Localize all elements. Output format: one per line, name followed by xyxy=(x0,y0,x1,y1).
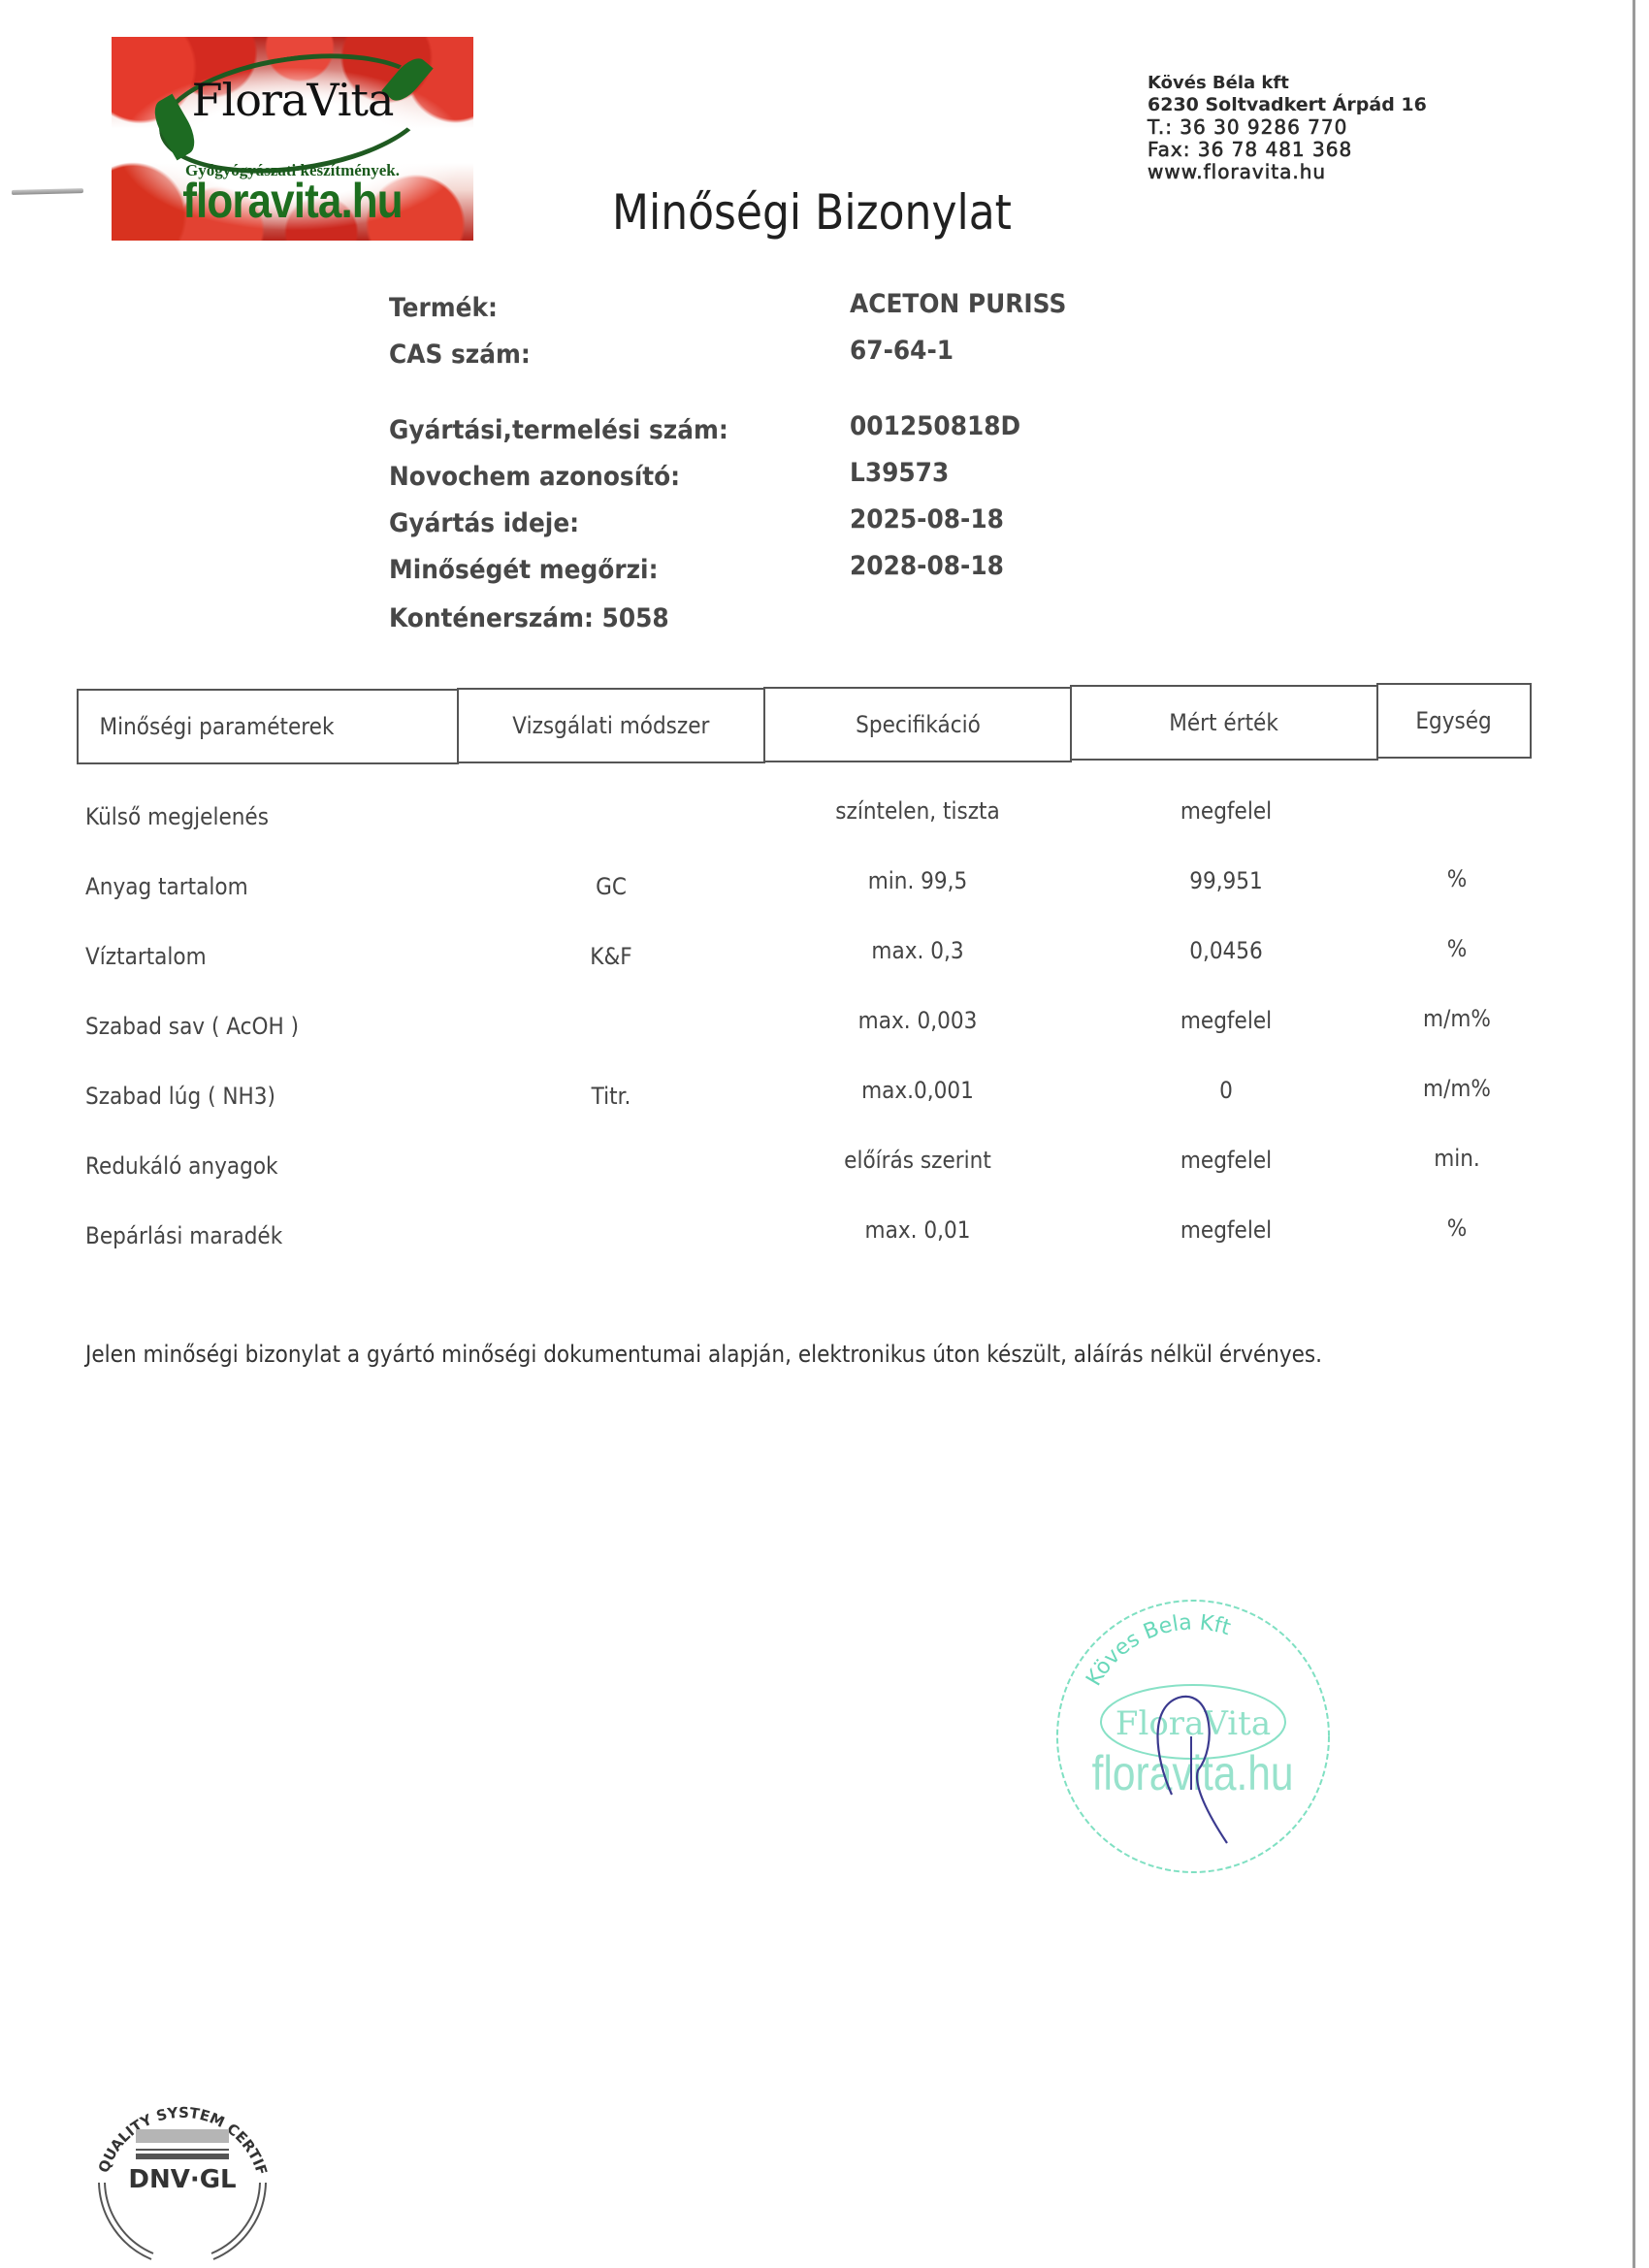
cell-specification: max. 0,3 xyxy=(871,937,963,964)
cell-unit: % xyxy=(1447,935,1468,962)
cell-unit: m/m% xyxy=(1423,1005,1491,1032)
header-unit: Egység xyxy=(1376,683,1532,759)
header-parameter: Minőségi paraméterek xyxy=(77,689,459,764)
cell-parameter: Bepárlási maradék xyxy=(85,1222,282,1249)
svg-text:DNV·GL: DNV·GL xyxy=(128,2165,236,2194)
validity-statement: Jelen minőségi bizonylat a gyártó minősé… xyxy=(85,1341,1322,1368)
cell-measured-value: megfelel xyxy=(1180,1147,1272,1174)
cell-unit: min. xyxy=(1434,1145,1480,1172)
info-label: Minőségét megőrzi: xyxy=(389,555,659,585)
company-website: www.floravita.hu xyxy=(1148,161,1427,183)
header-method: Vizsgálati módszer xyxy=(457,688,765,763)
cell-parameter: Anyag tartalom xyxy=(85,873,248,900)
cell-method: Titr. xyxy=(592,1083,631,1110)
cell-specification: előírás szerint xyxy=(844,1147,991,1174)
info-label: Gyártási,termelési szám: xyxy=(389,415,728,445)
cell-specification: max.0,001 xyxy=(861,1077,974,1104)
cell-measured-value: megfelel xyxy=(1180,797,1272,825)
info-value: L39573 xyxy=(850,458,949,488)
cell-unit: % xyxy=(1447,865,1468,892)
cell-measured-value: megfelel xyxy=(1180,1216,1272,1244)
company-stamp: Köves Bela Kft FloraVita floravita.hu xyxy=(1048,1591,1339,1882)
info-label: Termék: xyxy=(389,293,498,323)
company-contact: Kövés Béla kft 6230 Soltvadkert Árpád 16… xyxy=(1148,72,1427,183)
floravita-logo: FloraVita Gyógyógyászati készítmények. f… xyxy=(112,37,473,241)
cell-specification: max. 0,01 xyxy=(865,1216,971,1244)
cell-measured-value: 99,951 xyxy=(1189,867,1263,894)
scan-edge-line xyxy=(1633,0,1635,2268)
info-value: 2025-08-18 xyxy=(850,504,1004,535)
cell-method: K&F xyxy=(590,943,631,970)
cell-parameter: Szabad sav ( AcOH ) xyxy=(85,1013,299,1040)
company-name: Kövés Béla kft xyxy=(1148,72,1427,94)
cell-parameter: Víztartalom xyxy=(85,943,207,970)
cell-unit: % xyxy=(1447,1215,1468,1242)
header-specification: Specifikáció xyxy=(763,687,1072,762)
cell-specification: max. 0,003 xyxy=(858,1007,978,1034)
cell-parameter: Külső megjelenés xyxy=(85,803,269,830)
svg-text:QUALITY SYSTEM CERTIFICATION: QUALITY SYSTEM CERTIFICATION xyxy=(85,2071,271,2177)
cell-unit: m/m% xyxy=(1423,1075,1491,1102)
cell-specification: színtelen, tiszta xyxy=(835,797,1000,825)
info-label: Konténerszám: 5058 xyxy=(389,603,669,633)
logo-brand: FloraVita xyxy=(112,74,473,126)
company-phone: T.: 36 30 9286 770 xyxy=(1148,116,1427,139)
cell-measured-value: 0 xyxy=(1219,1077,1233,1104)
cell-parameter: Szabad lúg ( NH3) xyxy=(85,1083,275,1110)
company-address: 6230 Soltvadkert Árpád 16 xyxy=(1148,94,1427,116)
info-label: Novochem azonosító: xyxy=(389,462,680,492)
cell-measured-value: 0,0456 xyxy=(1189,937,1263,964)
company-fax: Fax: 36 78 481 368 xyxy=(1148,139,1427,161)
cell-measured-value: megfelel xyxy=(1180,1007,1272,1034)
cell-method: GC xyxy=(596,873,627,900)
cell-specification: min. 99,5 xyxy=(868,867,968,894)
svg-text:FloraVita: FloraVita xyxy=(1115,1704,1271,1743)
info-label: Gyártás ideje: xyxy=(389,508,579,538)
info-value: 001250818D xyxy=(850,411,1020,441)
page-title: Minőségi Bizonylat xyxy=(612,184,1012,241)
header-measured-value: Mért érték xyxy=(1070,685,1378,761)
info-value: 2028-08-18 xyxy=(850,551,1004,581)
dnv-gl-certification-logo: QUALITY SYSTEM CERTIFICATION DNV·GL xyxy=(85,2071,279,2268)
cell-parameter: Redukáló anyagok xyxy=(85,1152,278,1180)
info-label: CAS szám: xyxy=(389,340,531,370)
info-value: 67-64-1 xyxy=(850,336,954,366)
scan-mark xyxy=(12,188,83,195)
quality-table-header: Minőségi paraméterek Vizsgálati módszer … xyxy=(77,685,1526,762)
svg-text:Köves Bela Kft: Köves Bela Kft xyxy=(1082,1610,1234,1690)
logo-url: floravita.hu xyxy=(133,173,451,229)
info-value: ACETON PURISS xyxy=(850,289,1066,319)
svg-text:floravita.hu: floravita.hu xyxy=(1092,1746,1294,1800)
